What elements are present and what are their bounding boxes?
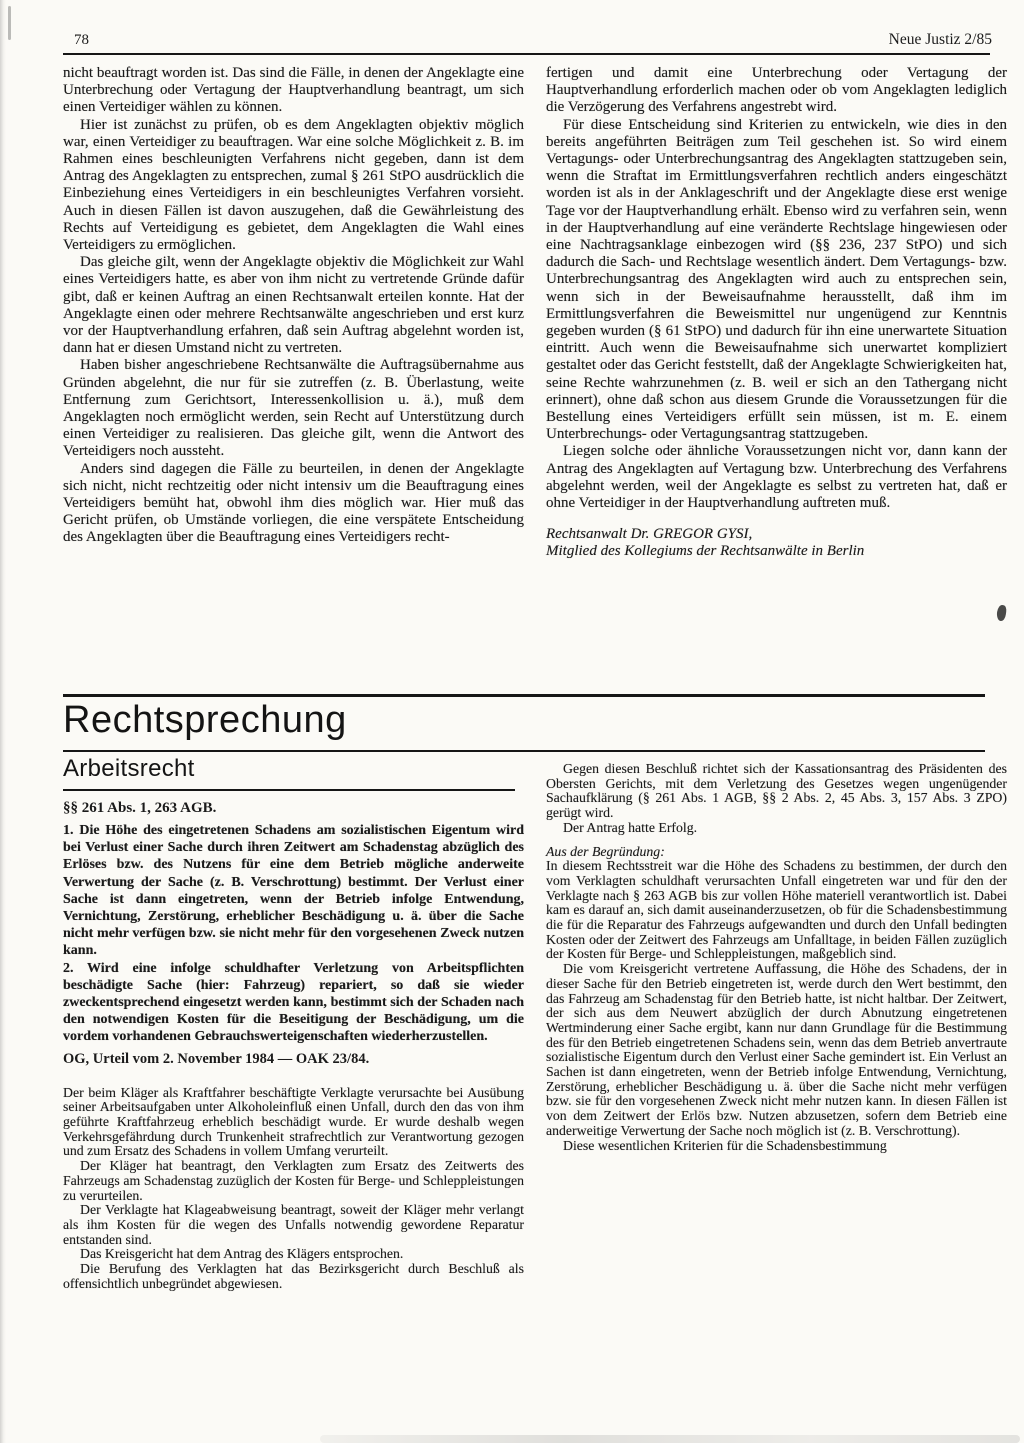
article-paragraph: Anders sind dagegen die Fälle zu beurtei…: [63, 461, 524, 547]
subsection-title: Arbeitsrecht: [63, 756, 195, 782]
signature-author: Rechtsanwalt Dr. GREGOR GYSI,: [546, 526, 1007, 543]
case-paragraph: Der Verklagte hat Klageabweisung beantra…: [63, 1203, 524, 1247]
case-paragraph: Der beim Kläger als Kraftfahrer beschäft…: [63, 1086, 524, 1160]
case-column-left: §§ 261 Abs. 1, 263 AGB. 1. Die Höhe des …: [63, 800, 524, 1291]
headnote: 1. Die Höhe des eingetretenen Schadens a…: [63, 822, 524, 960]
page-number: 78: [74, 32, 89, 49]
journal-title: Neue Justiz 2/85: [889, 31, 992, 49]
reasoning-label: Aus der Begründung:: [546, 845, 1007, 860]
case-paragraph: In diesem Rechtsstreit war die Höhe des …: [546, 859, 1007, 962]
section-top-rule: [63, 694, 985, 697]
case-paragraph: Das Kreisgericht hat dem Antrag des Kläg…: [63, 1247, 524, 1262]
article-paragraph: Haben bisher angeschriebene Rechtsanwält…: [63, 357, 524, 460]
subsection-under-rule: [63, 789, 515, 791]
signature-role: Mitglied des Kollegiums der Rechtsanwält…: [546, 543, 1007, 560]
case-paragraph: Die vom Kreisgericht vertretene Auffassu…: [546, 962, 1007, 1138]
article-paragraph: fertigen und damit eine Unterbrechung od…: [546, 65, 1007, 117]
scan-bottom-smudge: [320, 1435, 1020, 1443]
article-paragraph: Das gleiche gilt, wenn der Angeklagte ob…: [63, 254, 524, 357]
header-rule: [63, 53, 990, 55]
article-paragraph: Hier ist zunächst zu prüfen, ob es dem A…: [63, 117, 524, 255]
case-facts: Der beim Kläger als Kraftfahrer beschäft…: [63, 1086, 524, 1292]
section-title: Rechtsprechung: [63, 700, 347, 742]
case-citation: OG, Urteil vom 2. November 1984 — OAK 23…: [63, 1051, 524, 1068]
headnote: 2. Wird eine infolge schuldhafter Verlet…: [63, 960, 524, 1046]
article-paragraph: nicht beauftragt worden ist. Das sind di…: [63, 65, 524, 117]
case-paragraph: Die Berufung des Verklagten hat das Bezi…: [63, 1262, 524, 1291]
ink-blot: [996, 604, 1007, 621]
scan-corner-mark: [8, 6, 11, 40]
section-under-rule: [63, 750, 985, 752]
article-paragraph: Für diese Entscheidung sind Kriterien zu…: [546, 117, 1007, 444]
case-column-right: Gegen diesen Beschluß richtet sich der K…: [546, 762, 1007, 1153]
scan-edge-shadow: [0, 0, 6, 1443]
article-paragraph: Liegen solche oder ähnliche Voraussetzun…: [546, 443, 1007, 512]
case-paragraph: Gegen diesen Beschluß richtet sich der K…: [546, 762, 1007, 821]
case-paragraph: Diese wesentlichen Kriterien für die Sch…: [546, 1139, 1007, 1154]
case-paragraph: Der Antrag hatte Erfolg.: [546, 821, 1007, 836]
article-column-right: fertigen und damit eine Unterbrechung od…: [546, 65, 1007, 561]
case-paragraph: Der Kläger hat beantragt, den Verklagten…: [63, 1159, 524, 1203]
article-column-left: nicht beauftragt worden ist. Das sind di…: [63, 65, 524, 547]
scanned-journal-page: { "page": { "number": "78", "journal": "…: [0, 0, 1024, 1443]
statute-reference: §§ 261 Abs. 1, 263 AGB.: [63, 800, 524, 817]
